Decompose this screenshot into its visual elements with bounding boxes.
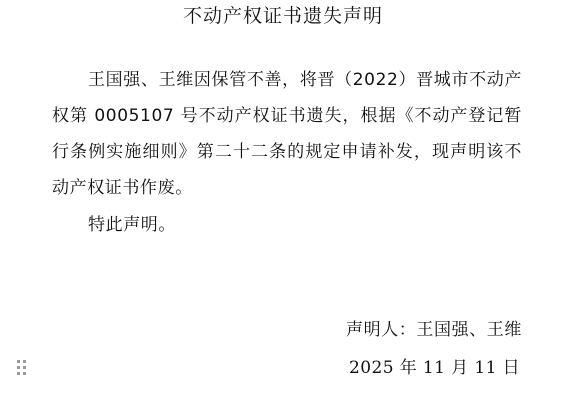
drag-dot xyxy=(17,372,20,375)
document-title: 不动产权证书遗失声明 xyxy=(0,4,566,28)
declaration-closing: 特此声明。 xyxy=(88,207,176,243)
declarant-signature: 声明人：王国强、王维 xyxy=(346,318,522,342)
drag-dot xyxy=(23,360,26,363)
drag-dot xyxy=(23,372,26,375)
declaration-body: 王国强、王维因保管不善，将晋（2022）晋城市不动产权第 0005107 号不动… xyxy=(52,62,522,206)
drag-dot xyxy=(17,360,20,363)
declaration-date: 2025 年 11 月 11 日 xyxy=(349,356,520,380)
drag-dot xyxy=(17,366,20,369)
drag-dot xyxy=(23,366,26,369)
drag-handle-icon[interactable] xyxy=(17,360,27,376)
